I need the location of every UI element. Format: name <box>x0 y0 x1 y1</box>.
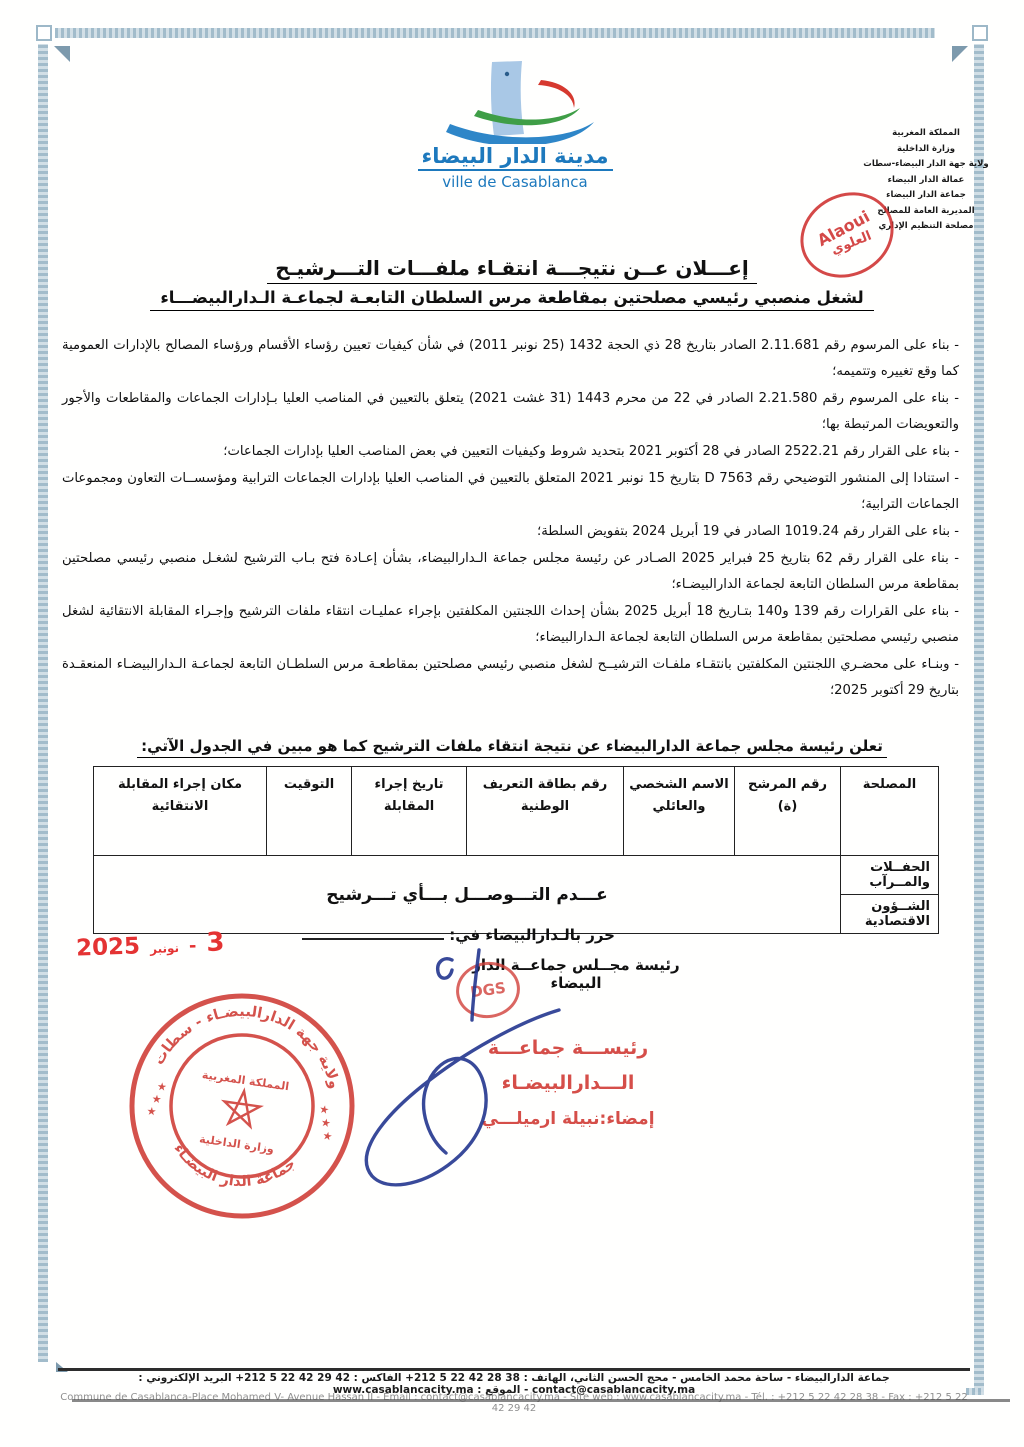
admin-line-wilaya: ولاية جهة الدار البيضاء-سطات <box>850 157 1002 173</box>
stamp-stars-left: ★ ★ ★ <box>144 1080 170 1119</box>
border-corner-square-tl <box>36 25 52 41</box>
announce-result-line: تعلن رئيسة مجلس جماعة الدارالبيضاء عن نت… <box>0 736 1024 758</box>
col-header-service: المصلحة <box>841 767 939 856</box>
red-stamp-line2: الـــدارالبيضـاء <box>468 1066 668 1100</box>
stamp-star-icon <box>222 1089 262 1128</box>
col-header-candidate-number: رقم المرشح (ة) <box>735 767 841 856</box>
border-corner-ornament-tl <box>54 46 70 62</box>
admin-line-kingdom: المملكة المغربية <box>850 126 1002 142</box>
announcement-title-line2: لشغل منصبي رئيسي مصلحتين بمقاطعة مرس الس… <box>150 288 873 311</box>
logo-red-swoosh-icon <box>538 80 575 108</box>
col-header-national-id: رقم بطاقة التعريف الوطنية <box>467 767 624 856</box>
date-stamp: 2025 نونبر - 3 <box>76 927 225 962</box>
col-header-full-name: الاسم الشخصي والعائلي <box>624 767 735 856</box>
logo-artwork-icon <box>408 58 622 144</box>
border-corner-square-tr <box>972 25 988 41</box>
col-header-interview-place: مكان إجراء المقابلة الانتقائية <box>94 767 267 856</box>
announce-result-text: تعلن رئيسة مجلس جماعة الدارالبيضاء عن نت… <box>137 737 887 758</box>
preamble-item: - بناء على القرارات رقم 139 و140 بتـاريخ… <box>62 599 965 651</box>
preamble-item: - بناء على المرسوم رقم 2.11.681 الصادر ب… <box>62 333 965 385</box>
issued-at-line: حرر بالـدارالبيضاء في: <box>300 926 615 944</box>
date-stamp-day: 3 <box>206 927 225 958</box>
col-header-interview-date: تاريخ إجراء المقابلة <box>352 767 467 856</box>
service-cell-celebrations-garage: الحفــلات والمــرآب <box>841 856 939 895</box>
preamble-item: - استنادا إلى المنشور التوضيحي رقم ‪D 75… <box>62 466 965 518</box>
admin-line-ministry: وزارة الداخلية <box>850 142 1002 158</box>
round-official-stamp: ولاية جهة الدارالبيضـاء - سطات جماعة الد… <box>111 975 373 1237</box>
date-stamp-month: نونبر <box>150 941 179 956</box>
stamp-stars-right: ★ ★ ★ <box>317 1104 334 1142</box>
preamble-item: - بناء على القرار رقم 62 بتاريخ 25 فبراي… <box>62 546 965 598</box>
preamble-list: - بناء على المرسوم رقم 2.11.681 الصادر ب… <box>62 333 965 705</box>
result-cell-no-candidacy: عـــدم التـــوصـــل بـــأي تـــرشيح <box>94 856 841 934</box>
casablanca-logo: مدينة الدار البيضاء ville de Casablanca <box>408 58 622 191</box>
preamble-item: - بناء على القرار رقم 1019.24 الصادر في … <box>62 519 965 545</box>
logo-title-arabic: مدينة الدار البيضاء <box>418 144 613 171</box>
border-top-band <box>55 28 935 38</box>
date-stamp-year: 2025 <box>76 933 141 961</box>
red-stamp-line1: رئيســـة جماعـــة <box>468 1030 668 1066</box>
results-table: المصلحة رقم المرشح (ة) الاسم الشخصي والع… <box>93 766 939 934</box>
red-signature-stamp: رئيســـة جماعـــة الـــدارالبيضـاء إمضاء… <box>468 1030 668 1138</box>
table-header-row: المصلحة رقم المرشح (ة) الاسم الشخصي والع… <box>94 767 939 856</box>
border-corner-ornament-tr <box>952 46 968 62</box>
footer-separator-line <box>58 1368 970 1371</box>
service-cell-economic-affairs: الشــؤون الاقتصادية <box>841 895 939 934</box>
issued-at-text: حرر بالـدارالبيضاء في: <box>449 926 615 944</box>
logo-title-french: ville de Casablanca <box>408 173 622 191</box>
preamble-item: - بناء على القرار رقم 2522.21 الصادر في … <box>62 439 965 465</box>
document-page: مدينة الدار البيضاء ville de Casablanca … <box>0 0 1024 1447</box>
border-left-band <box>38 44 48 1362</box>
table-row: الحفــلات والمــرآب عـــدم التـــوصـــل … <box>94 856 939 895</box>
red-stamp-line3: إمضاء:نبيلة ارميلـــي <box>468 1100 668 1138</box>
footer-french: Commune de Casablanca-Place Mohamed V- A… <box>58 1392 970 1414</box>
logo-green-swoosh-icon <box>474 108 580 125</box>
border-corner-ornament-bl <box>56 1362 68 1372</box>
stamp-center-ministry: وزارة الداخلية <box>199 1132 275 1155</box>
announcement-title: إعـــلان عــن نتيجـــة انتقـاء ملفـــات … <box>0 256 1024 311</box>
admin-line-prefecture: عمالة الدار البيضاء <box>850 173 1002 189</box>
preamble-item: - بناء على المرسوم رقم 2.21.580 الصادر ف… <box>62 386 965 438</box>
logo-tower-window-icon <box>505 72 509 76</box>
stamp-center-kingdom: المملكة المغربية <box>201 1068 290 1093</box>
col-header-time: التوقيت <box>267 767 352 856</box>
preamble-item: - وبنـاء على محضـري اللجنتين المكلفتين ب… <box>62 652 965 704</box>
border-right-band <box>974 44 984 1392</box>
footer-strike-line <box>72 1399 1010 1402</box>
issued-at-blank-line <box>302 926 444 940</box>
announcement-title-line1: إعـــلان عــن نتيجـــة انتقـاء ملفـــات … <box>267 256 756 284</box>
date-stamp-dash: - <box>189 935 197 956</box>
